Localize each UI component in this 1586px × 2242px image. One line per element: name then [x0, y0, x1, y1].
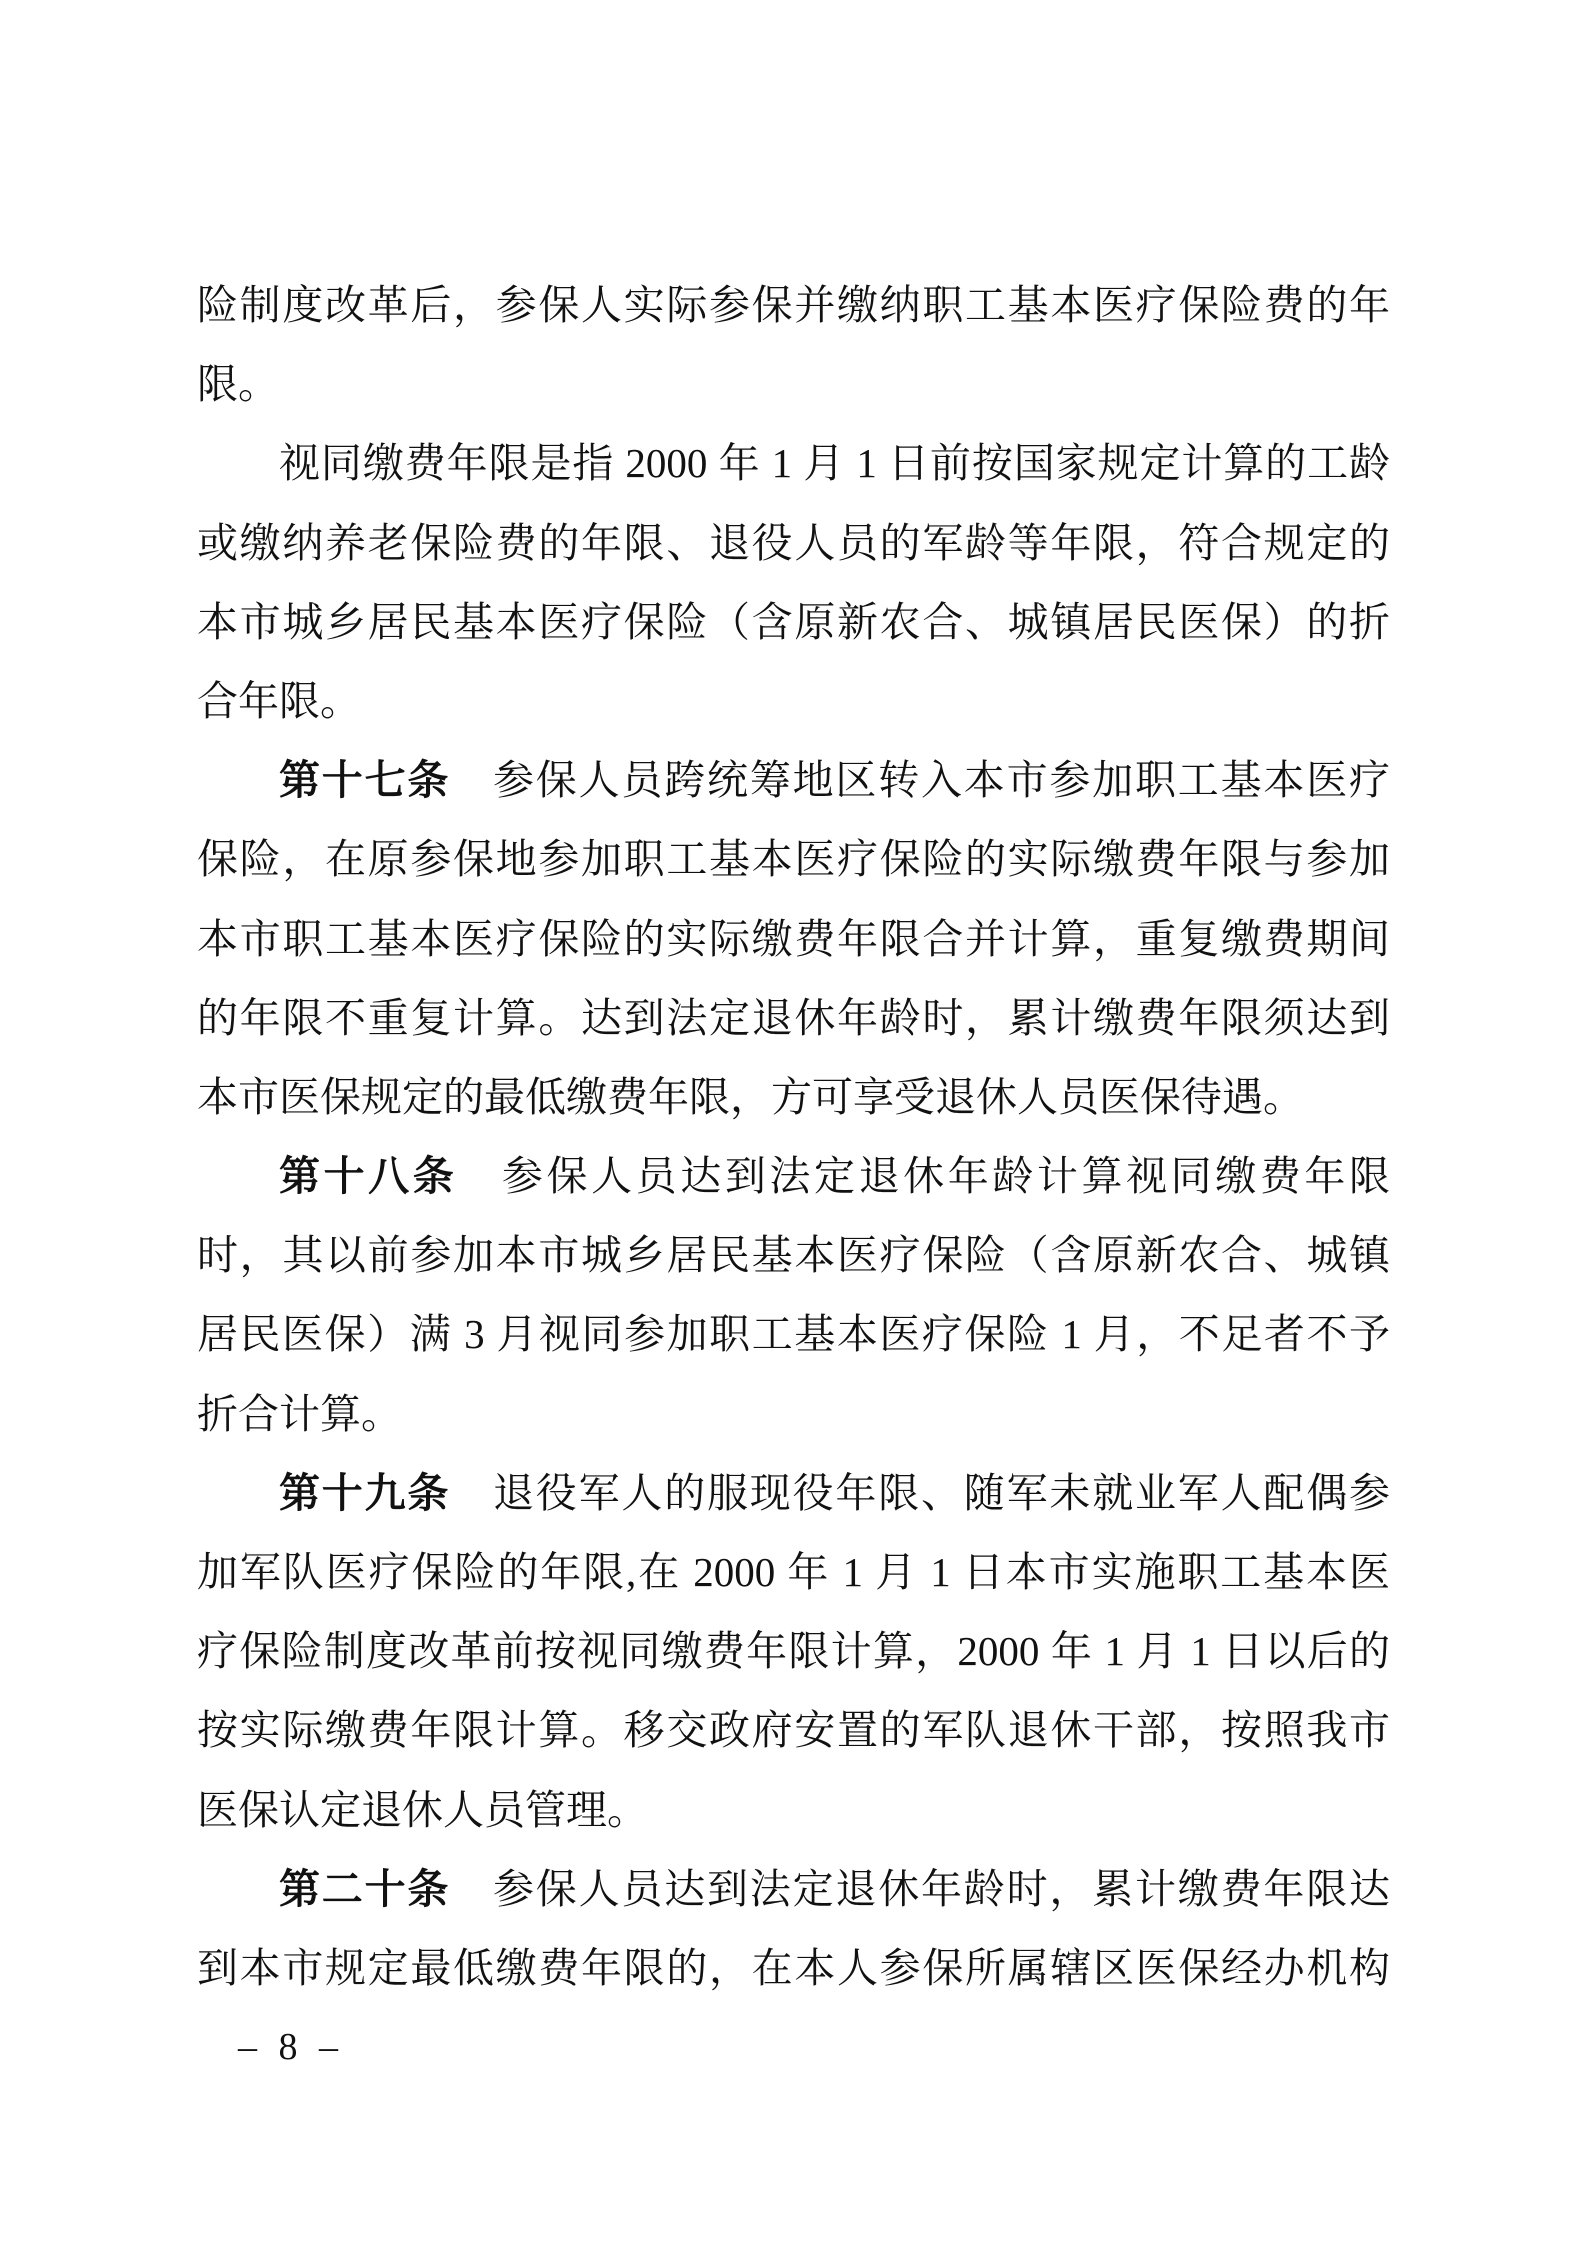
- line-text: 视同缴费年限是指 2000 年 1 月 1 日前按国家规定计算的工龄: [279, 440, 1390, 486]
- article-number: 第十八条: [279, 1153, 457, 1199]
- line-text: 疗保险制度改革前按视同缴费年限计算，2000 年 1 月 1 日以后的: [197, 1628, 1390, 1674]
- document-page: 险制度改革后，参保人实际参保并缴纳职工基本医疗保险费的年限。视同缴费年限是指 2…: [0, 0, 1586, 2242]
- text-line: 本市职工基本医疗保险的实际缴费年限合并计算，重复缴费期间: [197, 900, 1390, 979]
- text-line: 疗保险制度改革前按视同缴费年限计算，2000 年 1 月 1 日以后的: [197, 1612, 1390, 1691]
- text-line: 保险，在原参保地参加职工基本医疗保险的实际缴费年限与参加: [197, 820, 1390, 899]
- text-line: 时，其以前参加本市城乡居民基本医疗保险（含原新农合、城镇: [197, 1216, 1390, 1295]
- text-line: 加军队医疗保险的年限,在 2000 年 1 月 1 日本市实施职工基本医: [197, 1533, 1390, 1612]
- line-text: 加军队医疗保险的年限,在 2000 年 1 月 1 日本市实施职工基本医: [197, 1549, 1390, 1595]
- text-line: 的年限不重复计算。达到法定退休年龄时，累计缴费年限须达到: [197, 979, 1390, 1058]
- text-line: 医保认定退休人员管理。: [197, 1771, 1390, 1850]
- text-line: 或缴纳养老保险费的年限、退役人员的军龄等年限，符合规定的: [197, 504, 1390, 583]
- line-text: 参保人员跨统筹地区转入本市参加职工基本医疗: [450, 757, 1390, 803]
- text-line: 折合计算。: [197, 1375, 1390, 1454]
- line-text: 参保人员达到法定退休年龄时，累计缴费年限达: [450, 1866, 1390, 1912]
- text-line: 视同缴费年限是指 2000 年 1 月 1 日前按国家规定计算的工龄: [197, 424, 1390, 503]
- document-text-block: 险制度改革后，参保人实际参保并缴纳职工基本医疗保险费的年限。视同缴费年限是指 2…: [197, 266, 1390, 2008]
- article-number: 第二十条: [279, 1866, 450, 1912]
- line-text: 本市职工基本医疗保险的实际缴费年限合并计算，重复缴费期间: [197, 916, 1390, 962]
- article-number: 第十七条: [279, 757, 450, 803]
- text-line: 本市城乡居民基本医疗保险（含原新农合、城镇居民医保）的折: [197, 583, 1390, 662]
- line-text: 医保认定退休人员管理。: [197, 1787, 648, 1833]
- line-text: 参保人员达到法定退休年龄计算视同缴费年限: [457, 1153, 1390, 1199]
- line-text: 或缴纳养老保险费的年限、退役人员的军龄等年限，符合规定的: [197, 520, 1390, 566]
- line-text: 按实际缴费年限计算。移交政府安置的军队退休干部，按照我市: [197, 1707, 1390, 1753]
- text-line: 合年限。: [197, 662, 1390, 741]
- text-line: 第十八条 参保人员达到法定退休年龄计算视同缴费年限: [197, 1137, 1390, 1216]
- text-line: 按实际缴费年限计算。移交政府安置的军队退休干部，按照我市: [197, 1691, 1390, 1770]
- line-text: 到本市规定最低缴费年限的，在本人参保所属辖区医保经办机构: [197, 1945, 1390, 1991]
- line-text: 退役军人的服现役年限、随军未就业军人配偶参: [450, 1470, 1390, 1516]
- article-number: 第十九条: [279, 1470, 450, 1516]
- line-text: 保险，在原参保地参加职工基本医疗保险的实际缴费年限与参加: [197, 836, 1390, 882]
- text-line: 本市医保规定的最低缴费年限，方可享受退休人员医保待遇。: [197, 1058, 1390, 1137]
- text-line: 第十九条 退役军人的服现役年限、随军未就业军人配偶参: [197, 1454, 1390, 1533]
- line-text: 合年限。: [197, 678, 361, 724]
- line-text: 居民医保）满 3 月视同参加职工基本医疗保险 1 月，不足者不予: [197, 1311, 1390, 1357]
- line-text: 本市医保规定的最低缴费年限，方可享受退休人员医保待遇。: [197, 1074, 1304, 1120]
- text-line: 险制度改革后，参保人实际参保并缴纳职工基本医疗保险费的年: [197, 266, 1390, 345]
- text-line: 第二十条 参保人员达到法定退休年龄时，累计缴费年限达: [197, 1850, 1390, 1929]
- line-text: 时，其以前参加本市城乡居民基本医疗保险（含原新农合、城镇: [197, 1232, 1390, 1278]
- text-line: 到本市规定最低缴费年限的，在本人参保所属辖区医保经办机构: [197, 1929, 1390, 2008]
- line-text: 险制度改革后，参保人实际参保并缴纳职工基本医疗保险费的年: [197, 282, 1390, 328]
- text-line: 限。: [197, 345, 1390, 424]
- page-number: – 8 –: [238, 2022, 344, 2072]
- line-text: 的年限不重复计算。达到法定退休年龄时，累计缴费年限须达到: [197, 995, 1390, 1041]
- text-line: 第十七条 参保人员跨统筹地区转入本市参加职工基本医疗: [197, 741, 1390, 820]
- line-text: 本市城乡居民基本医疗保险（含原新农合、城镇居民医保）的折: [197, 599, 1390, 645]
- line-text: 折合计算。: [197, 1391, 402, 1437]
- text-line: 居民医保）满 3 月视同参加职工基本医疗保险 1 月，不足者不予: [197, 1295, 1390, 1374]
- line-text: 限。: [197, 361, 279, 407]
